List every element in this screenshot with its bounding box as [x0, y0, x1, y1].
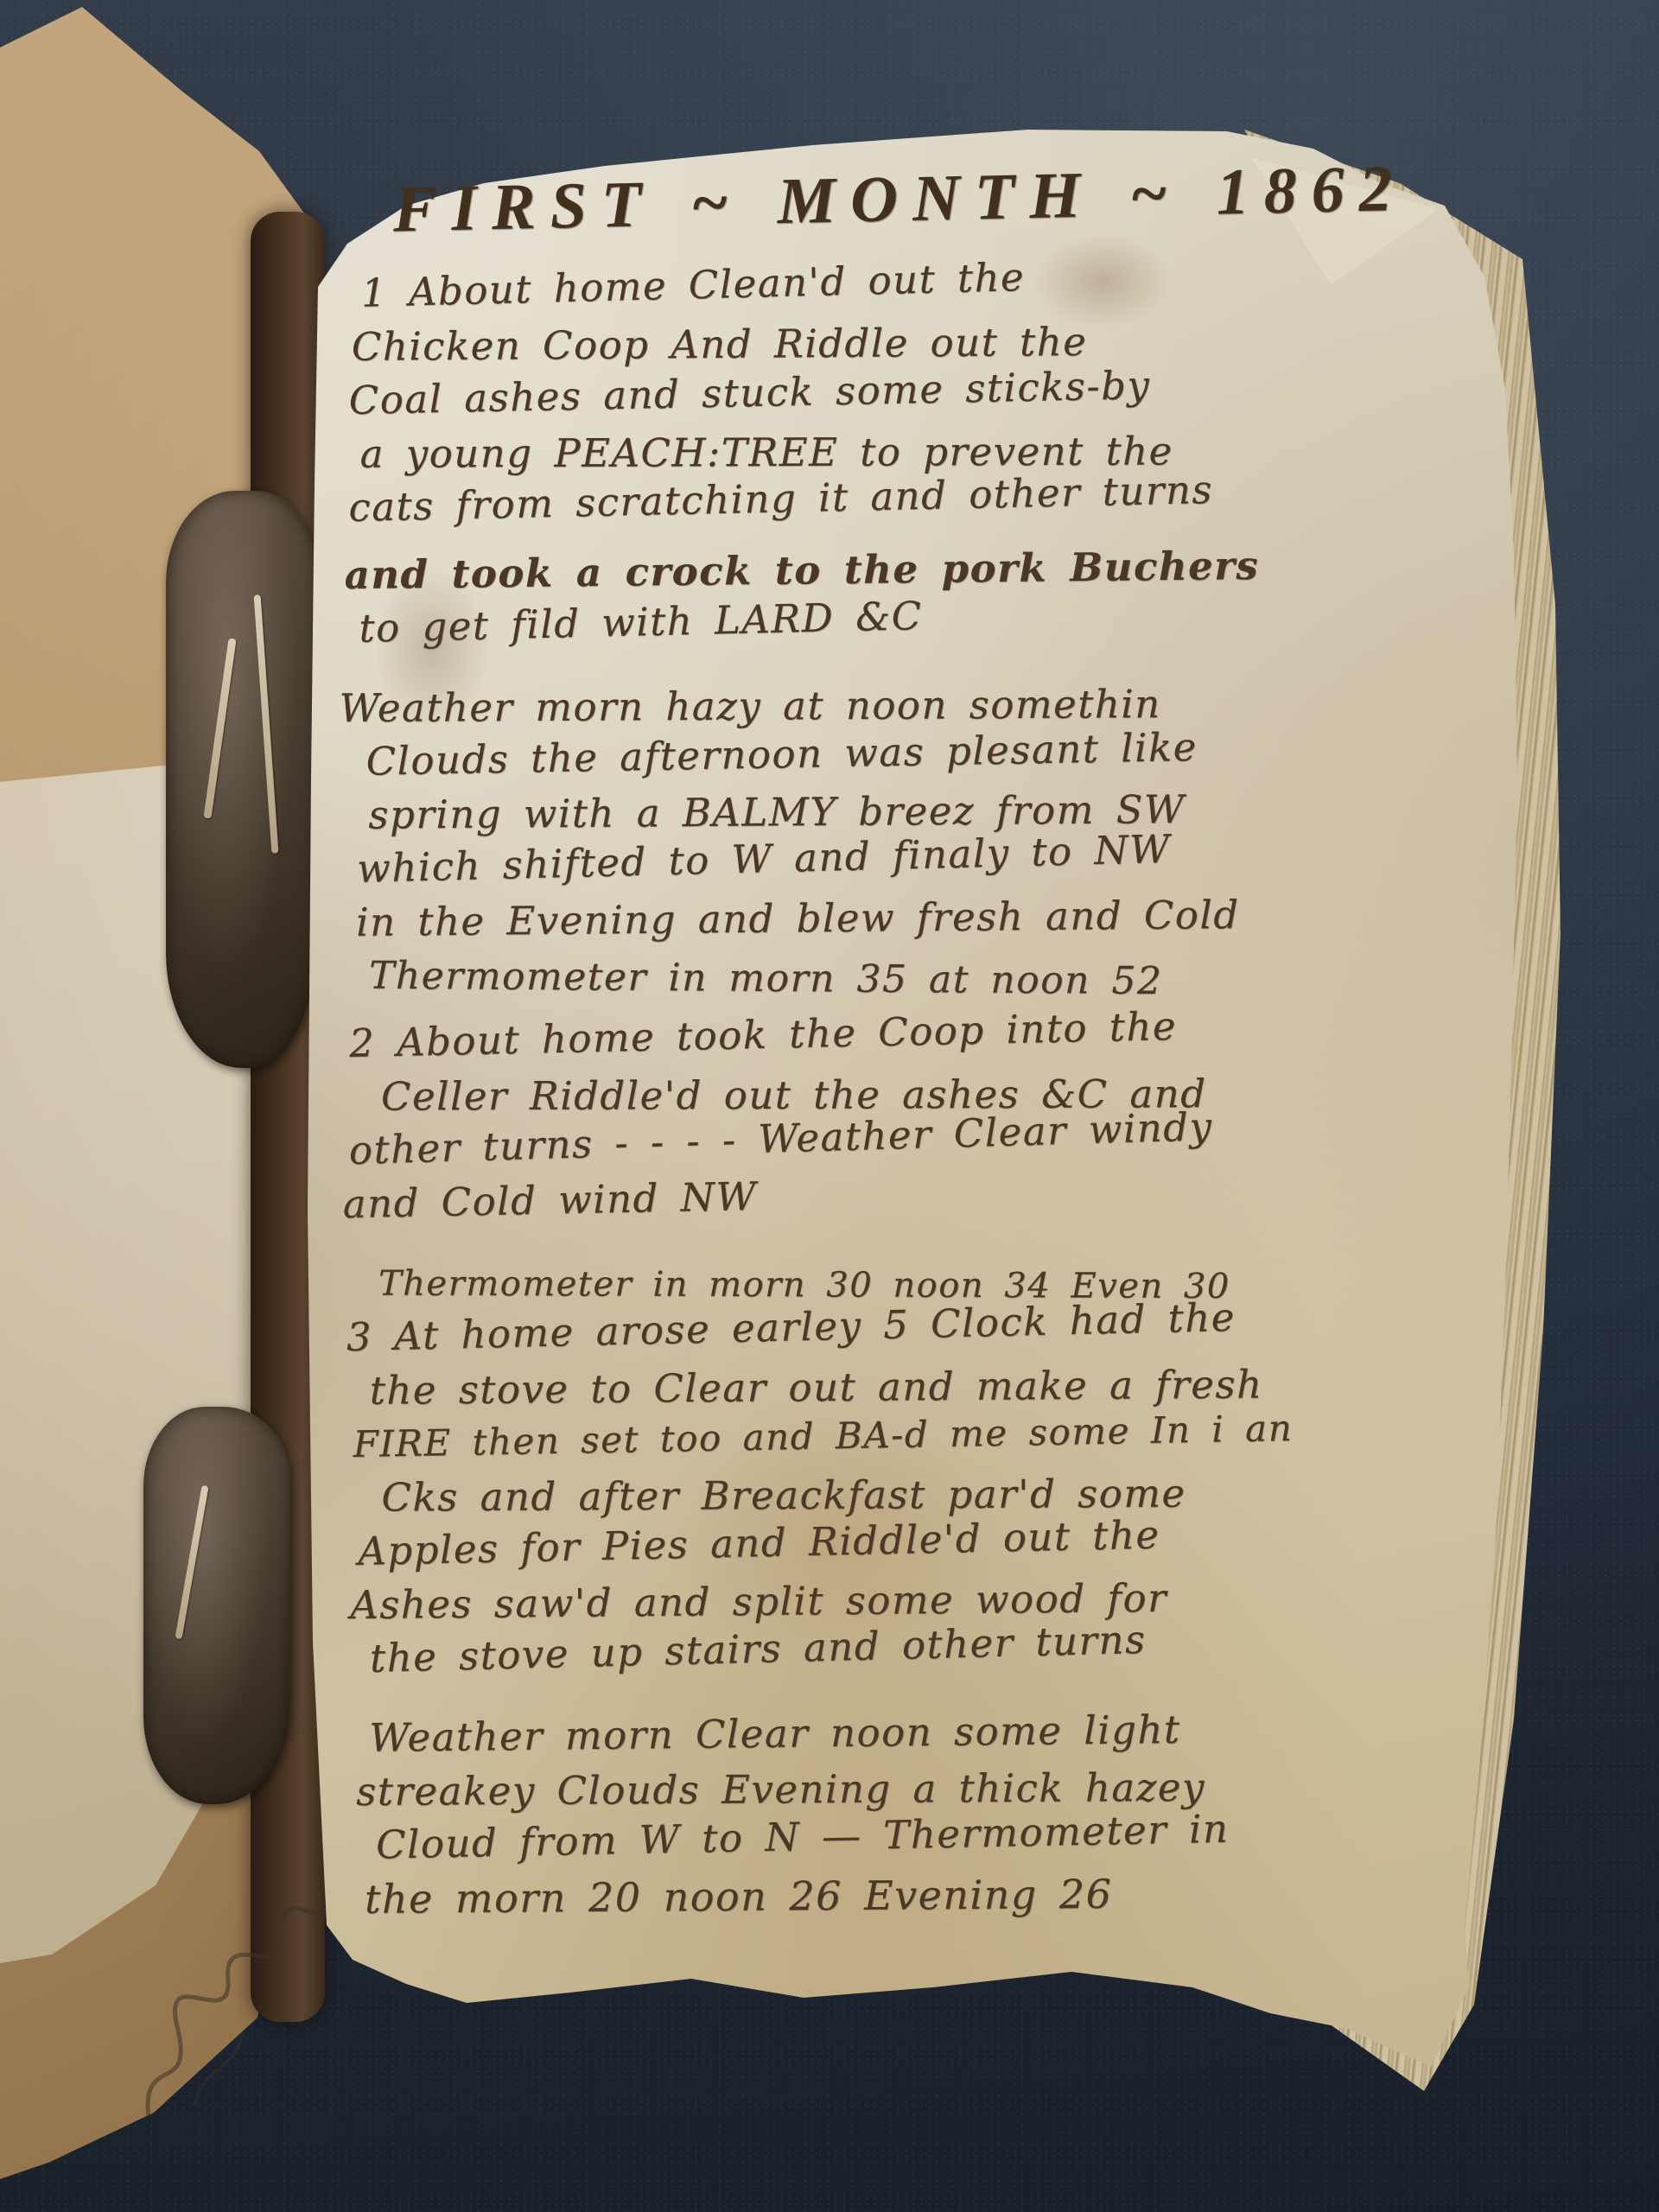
binding-tab-top [166, 491, 316, 1068]
photo-scene: FIRST ~ MONTH ~ 1862 1 About home Clean'… [0, 0, 1659, 2212]
handwritten-line: 1 About home Clean'd out the [360, 240, 1443, 321]
handwritten-line: Weather morn Clear noon some light [369, 1700, 1464, 1765]
handwritten-line: 2 About home took the Coop into the [348, 994, 1453, 1071]
handwritten-line: the morn 20 noon 26 Evening 26 [365, 1865, 1465, 1926]
stitch-thread-icon [203, 638, 236, 818]
handwritten-line: in the Evening and blew fresh and Cold [356, 887, 1452, 950]
stitch-thread-icon [254, 594, 279, 854]
stitch-thread-icon [175, 1485, 208, 1640]
page-title: FIRST ~ MONTH ~ 1862 [392, 150, 1443, 247]
handwritten-text-block: FIRST ~ MONTH ~ 1862 1 About home Clean'… [344, 154, 1466, 1967]
binding-tab-bottom [143, 1407, 290, 1804]
